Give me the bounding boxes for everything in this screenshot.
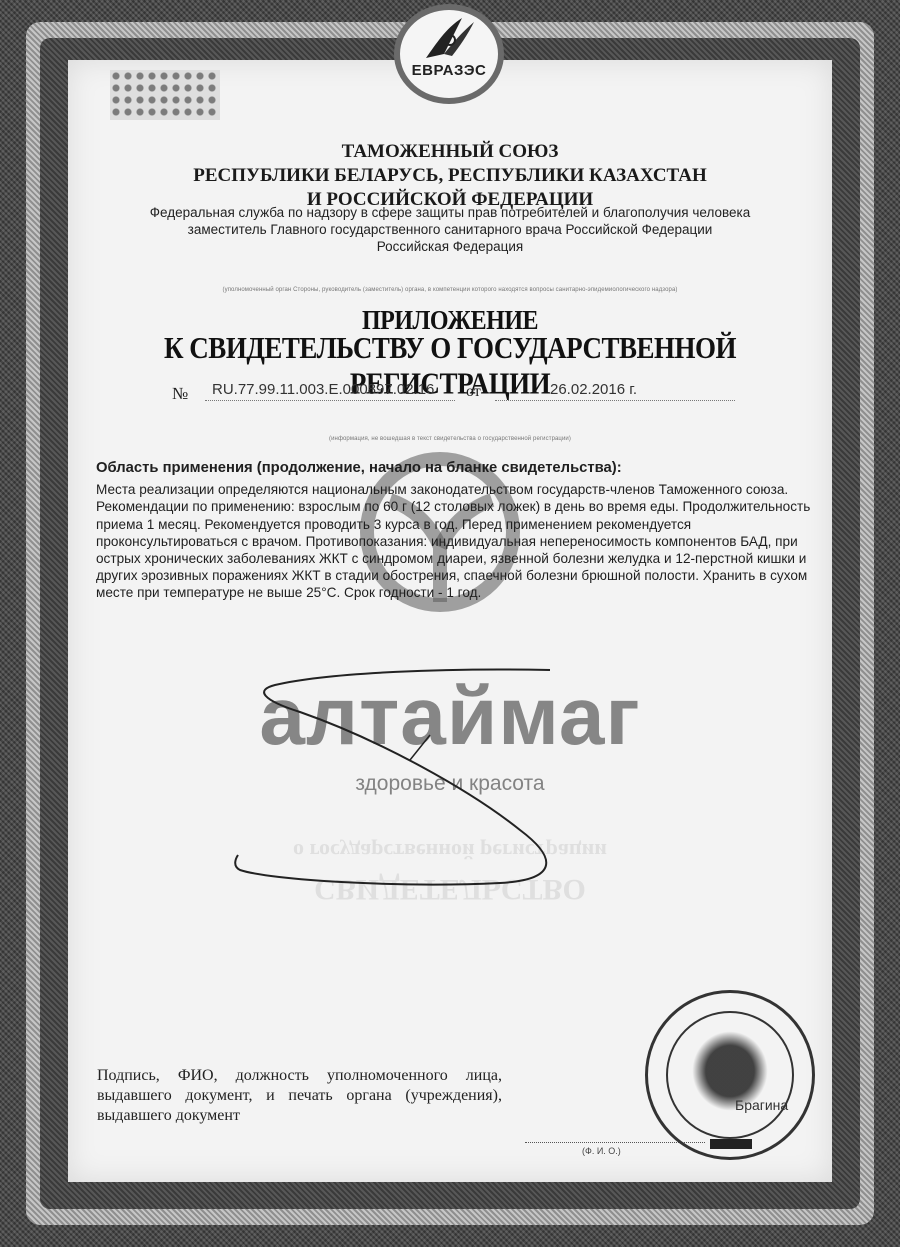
stamp-bar xyxy=(710,1139,752,1149)
signature-label: Подпись, ФИО, должность уполномоченного … xyxy=(97,1066,502,1126)
official-stamp xyxy=(645,990,815,1160)
signer-name: Брагина xyxy=(735,1097,788,1113)
fio-caption: (Ф. И. О.) xyxy=(582,1146,621,1156)
